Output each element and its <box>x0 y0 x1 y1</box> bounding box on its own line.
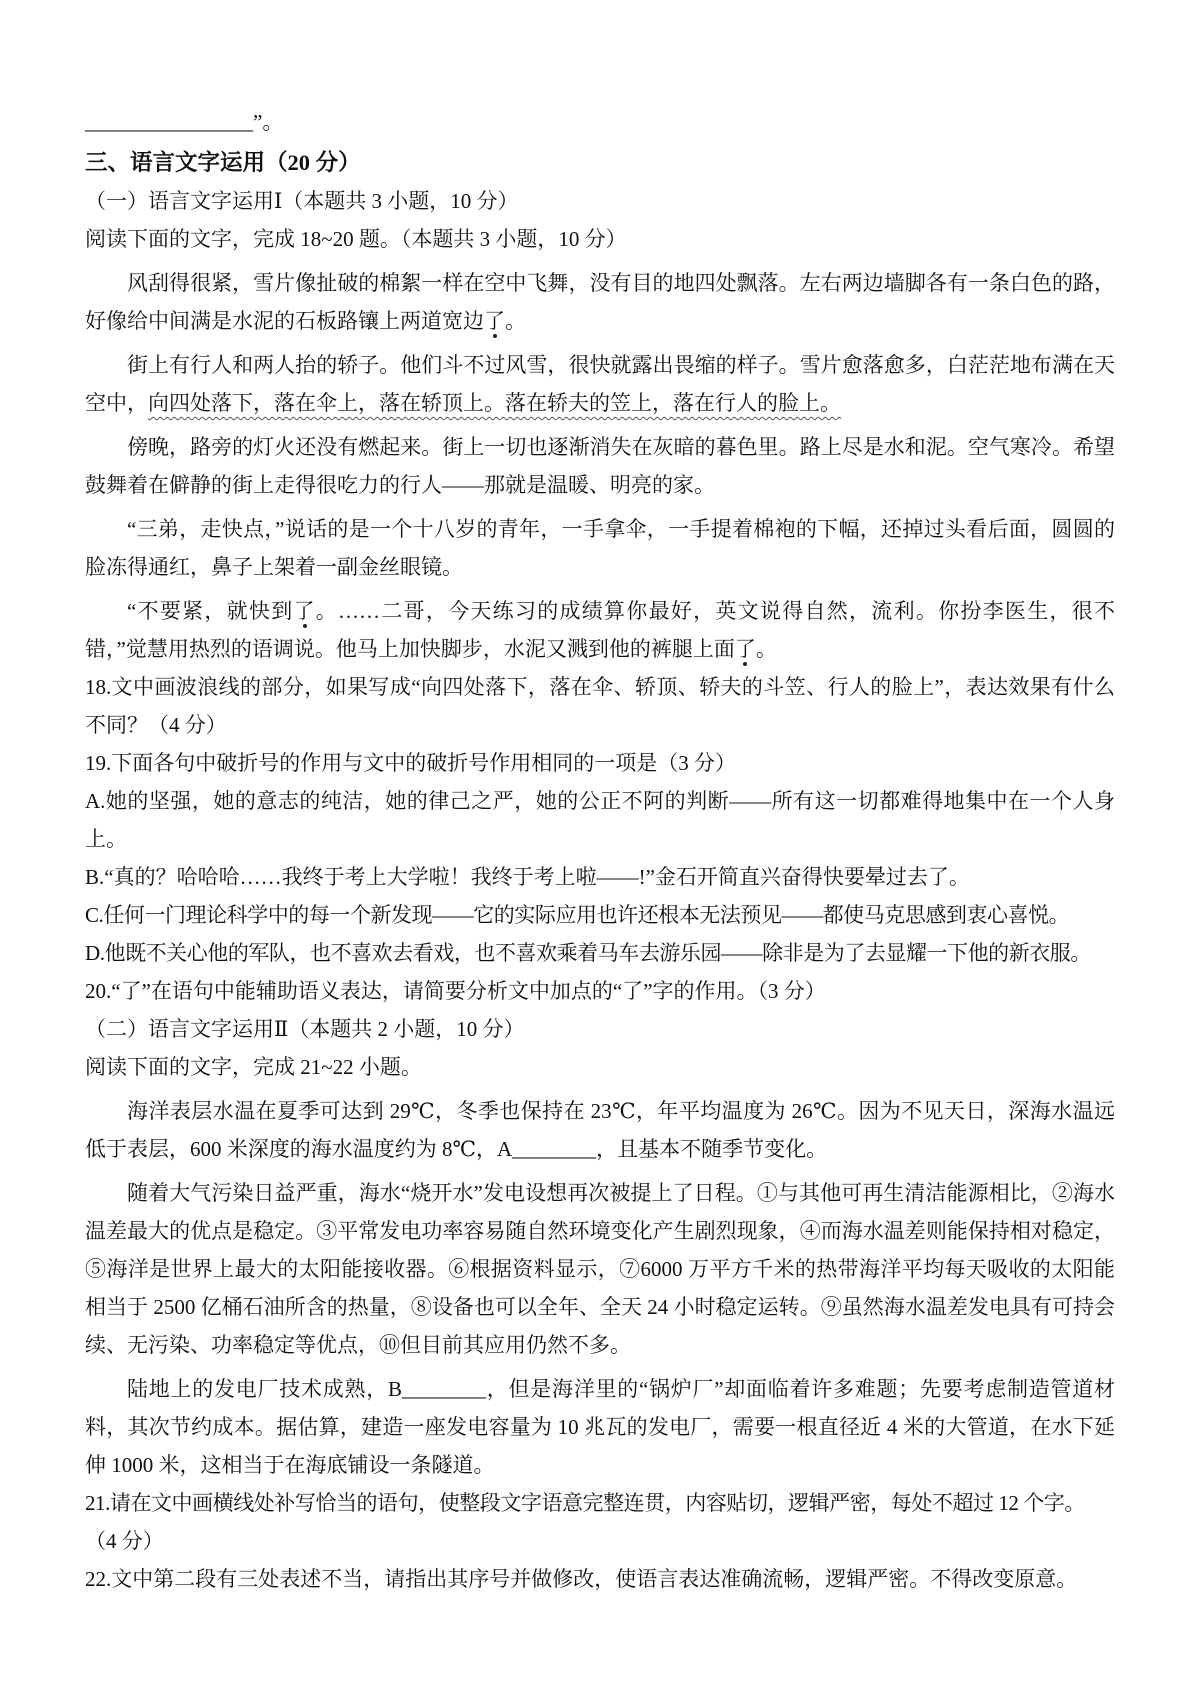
passage-2: 海洋表层水温在夏季可达到 29℃，冬季也保持在 23℃，年平均温度为 26℃。因… <box>85 1092 1115 1484</box>
question-19-option-b: B.“真的？哈哈哈……我终于考上大学啦！我终于考上啦——!”金石开简直兴奋得快要… <box>85 858 1115 896</box>
passage-1: 风刮得很紧，雪片像扯破的棉絮一样在空中飞舞，没有目的地四处飘落。左右两边墙脚各有… <box>85 264 1115 668</box>
dotted-le-char: 了 <box>484 309 505 333</box>
question-22: 22.文中第二段有三处表述不当，请指出其序号并做修改，使语言表达准确流畅，逻辑严… <box>85 1560 1115 1598</box>
question-19: 19.下面各句中破折号的作用与文中的破折号作用相同的一项是（3 分） <box>85 744 1115 782</box>
question-21: 21.请在文中画横线处补写恰当的语句，使整段文字语意完整连贯，内容贴切，逻辑严密… <box>85 1484 1115 1522</box>
question-20: 20.“了”在语句中能辅助语义表达，请简要分析文中加点的“了”字的作用。（3 分… <box>85 972 1115 1010</box>
blank-suffix: ”。 <box>253 110 283 134</box>
question-19-option-a: A.她的坚强，她的意志的纯洁，她的律己之严，她的公正不阿的判断——所有这一切都难… <box>85 782 1115 858</box>
part1-heading: （一）语言文字运用Ⅰ（本题共 3 小题，10 分） <box>85 182 1115 220</box>
section-3-title: 三、语言文字运用（20 分） <box>85 144 1115 182</box>
question-19-option-c: C.任何一门理论科学中的每一个新发现——它的实际应用也许还根本无法预见——都使马… <box>85 896 1115 934</box>
passage2-para-3: 陆地上的发电厂技术成熟，B________，但是海洋里的“锅炉厂”却面临着许多难… <box>85 1370 1115 1484</box>
passage1-para-1: 风刮得很紧，雪片像扯破的棉絮一样在空中飞舞，没有目的地四处飘落。左右两边墙脚各有… <box>85 264 1115 340</box>
text-segment: 。 <box>505 309 526 333</box>
prev-question-blank-line: ________________”。 <box>85 103 1115 141</box>
question-19-option-d: D.他既不关心他的军队，也不喜欢去看戏，也不喜欢乘着马车去游乐园——除非是为了去… <box>85 934 1115 972</box>
text-segment: 。 <box>756 637 777 661</box>
part2-instruction: 阅读下面的文字，完成 21~22 小题。 <box>85 1048 1115 1086</box>
part1-instruction: 阅读下面的文字，完成 18~20 题。（本题共 3 小题，10 分） <box>85 220 1115 258</box>
blank-b: ________ <box>402 1377 486 1401</box>
passage2-para-2: 随着大气污染日益严重，海水“烧开水”发电设想再次被提上了日程。①与其他可再生清洁… <box>85 1174 1115 1364</box>
exam-page: ________________”。 三、语言文字运用（20 分） （一）语言文… <box>0 0 1200 1698</box>
passage1-para-2: 街上有行人和两人抬的轿子。他们斗不过风雪，很快就露出畏缩的样子。雪片愈落愈多，白… <box>85 346 1115 422</box>
question-18: 18.文中画波浪线的部分，如果写成“向四处落下，落在伞、轿顶、轿夫的斗笠、行人的… <box>85 668 1115 744</box>
text-segment: ，且基本不随季节变化。 <box>596 1137 827 1161</box>
blank-a: ________ <box>512 1137 596 1161</box>
part2-heading: （二）语言文字运用Ⅱ（本题共 2 小题，10 分） <box>85 1010 1115 1048</box>
passage1-para-4: “三弟，走快点，”说话的是一个十八岁的青年，一手拿伞，一手提着棉袍的下幅，还掉过… <box>85 510 1115 586</box>
text-segment: 风刮得很紧，雪片像扯破的棉絮一样在空中飞舞，没有目的地四处飘落。左右两边墙脚各有… <box>85 271 1115 333</box>
wavy-underline-segment: 向四处落下，落在伞上，落在轿顶上。落在轿夫的笠上，落在行人的脸上。 <box>148 391 841 415</box>
dotted-le-char: 了 <box>294 599 316 623</box>
question-21-score: （4 分） <box>85 1522 1115 1560</box>
passage2-para-1: 海洋表层水温在夏季可达到 29℃，冬季也保持在 23℃，年平均温度为 26℃。因… <box>85 1092 1115 1168</box>
passage1-para-5: “不要紧，就快到了。……二哥，今天练习的成绩算你最好，英文说得自然，流利。你扮李… <box>85 592 1115 668</box>
dotted-le-char: 了 <box>735 637 756 661</box>
text-segment: 陆地上的发电厂技术成熟，B <box>127 1377 402 1401</box>
passage1-para-3: 傍晚，路旁的灯火还没有燃起来。街上一切也逐渐消失在灰暗的暮色里。路上尽是水和泥。… <box>85 428 1115 504</box>
answer-blank: ________________ <box>85 110 253 134</box>
text-segment: “不要紧，就快到 <box>127 599 294 623</box>
